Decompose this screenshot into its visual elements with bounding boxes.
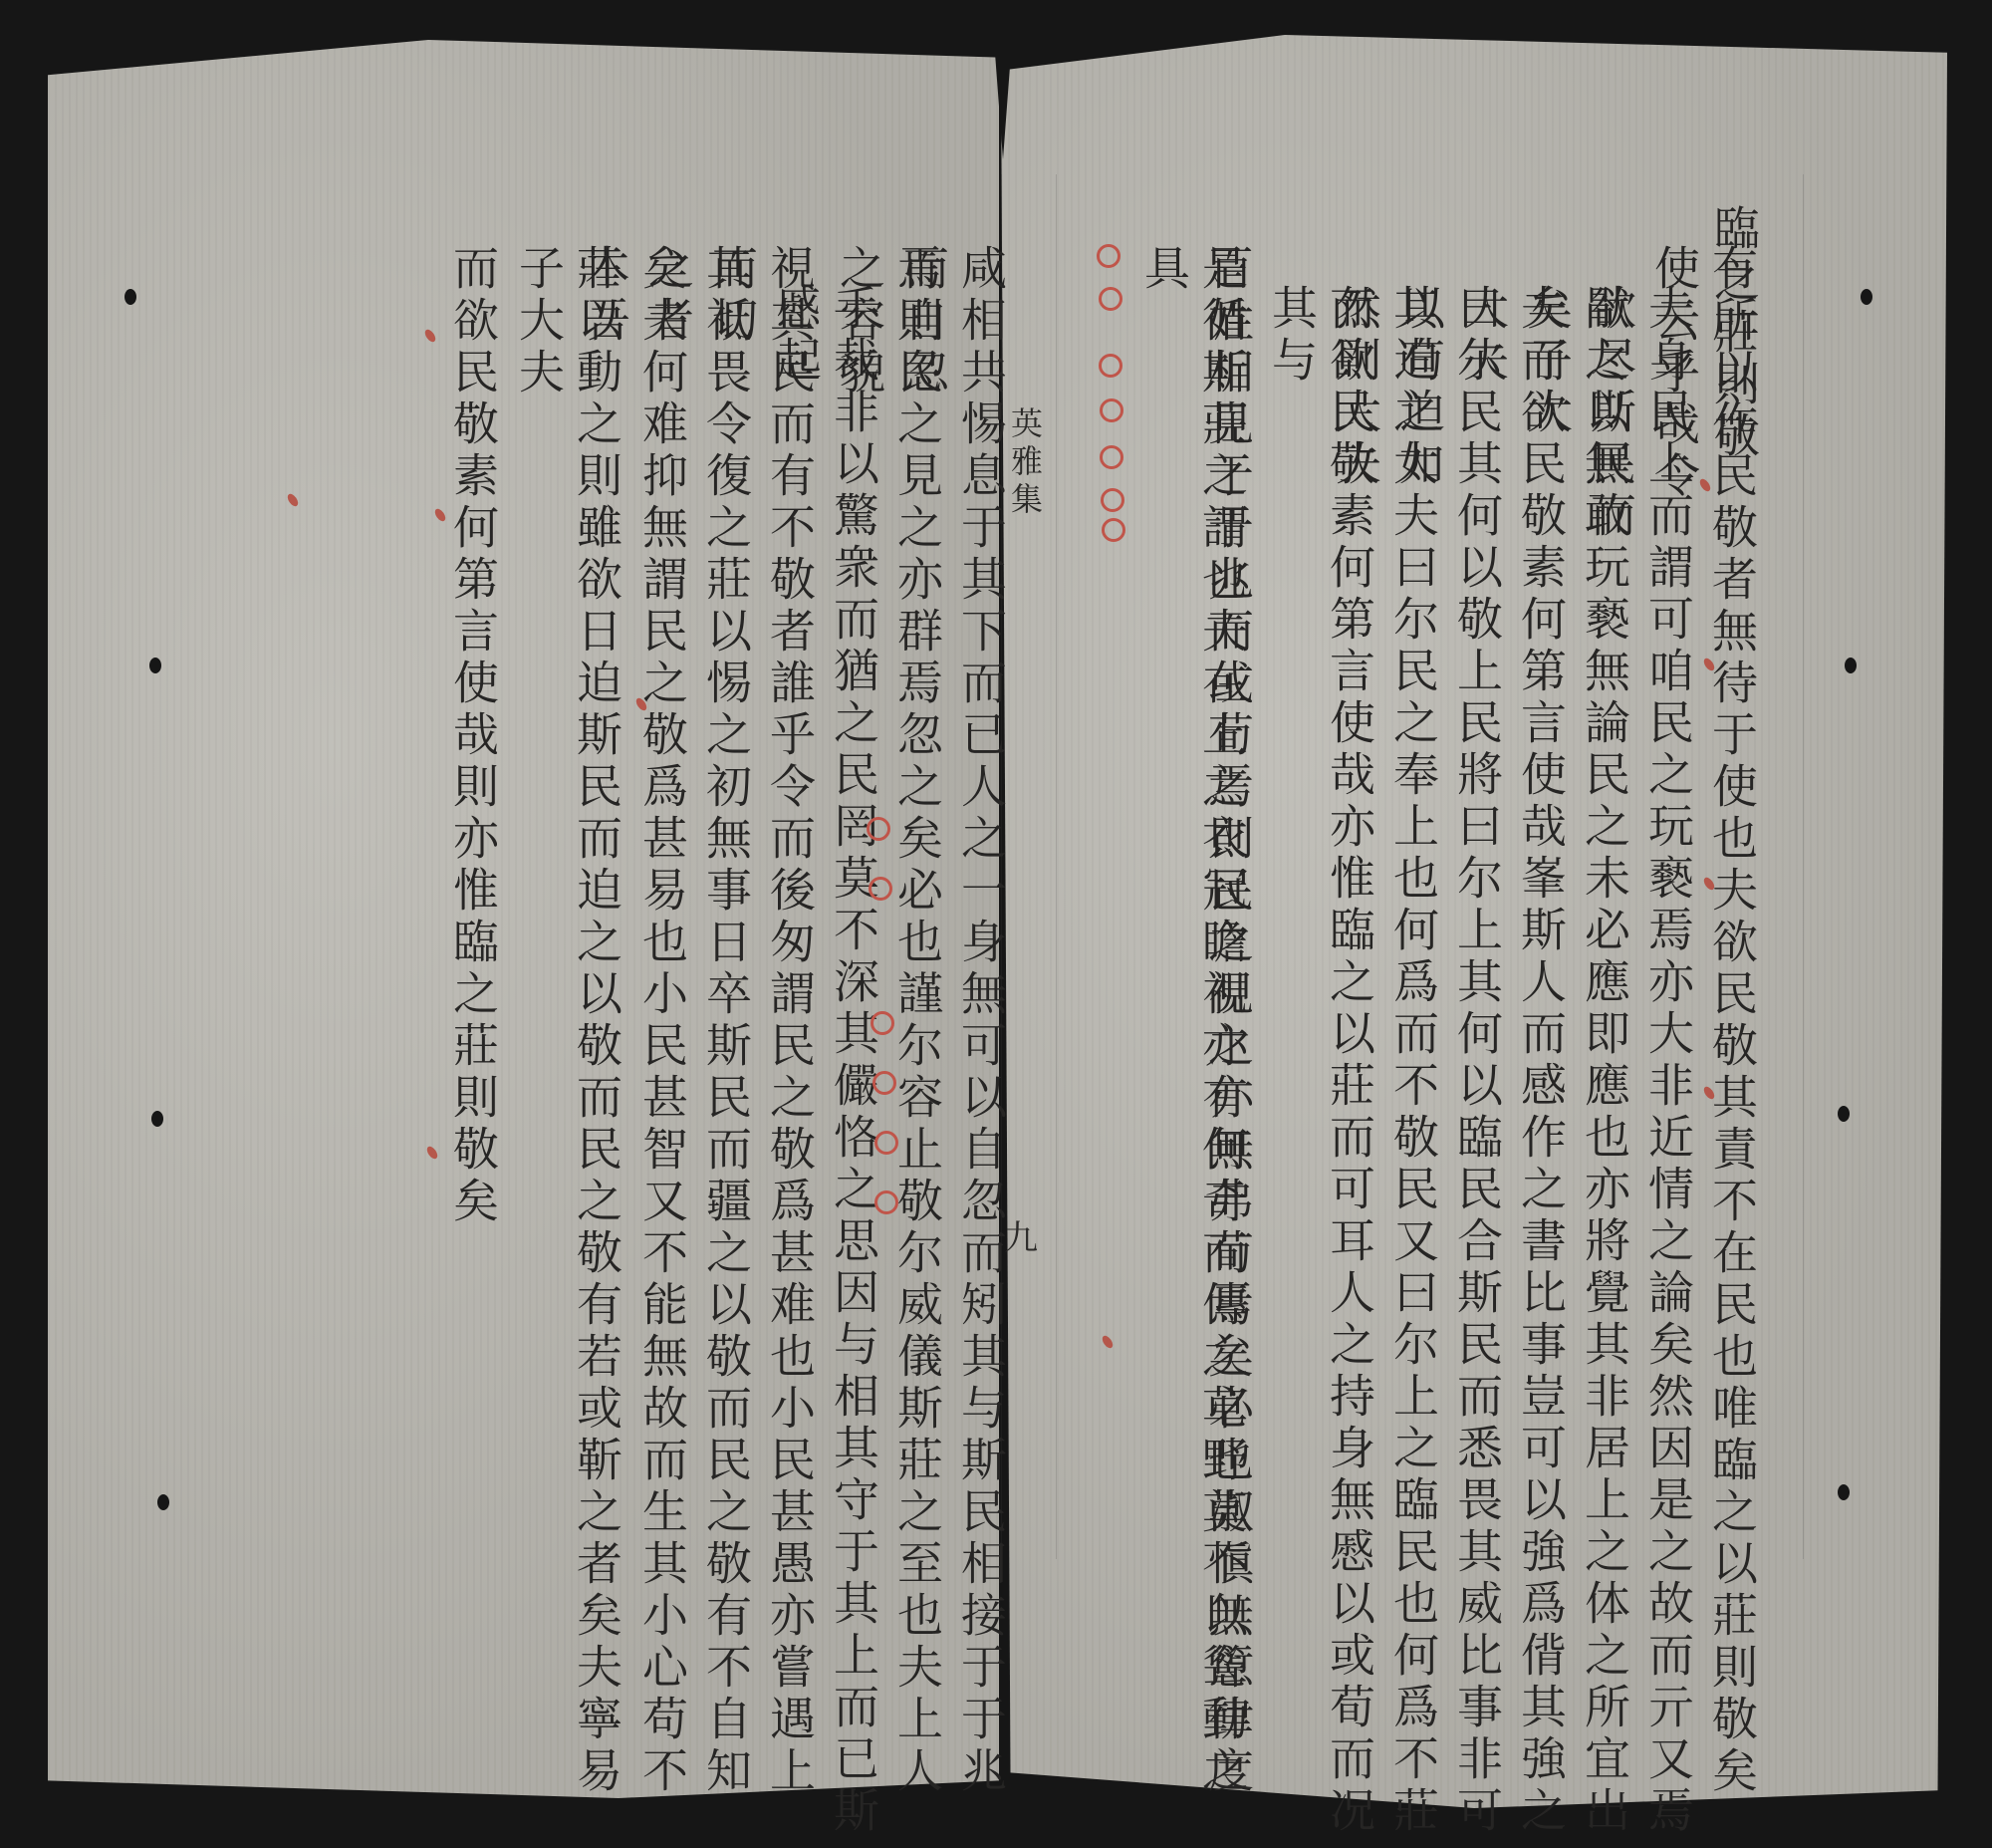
text-column: 而欲民敬素何第言使哉則亦惟臨之莊則敬矣 (444, 244, 502, 1228)
red-emphasis-circle (1100, 445, 1123, 469)
column-rule (1056, 174, 1057, 1559)
binding-hole (124, 289, 136, 305)
red-emphasis-circle (869, 877, 892, 901)
column-rule (1803, 174, 1804, 1559)
binding-hole (157, 1494, 169, 1510)
text-column: 而欲民敬素何第言使哉亦惟臨之以莊而可耳人之持身無慼以或荀而况其与 (1263, 284, 1378, 1848)
red-emphasis-circle (1101, 488, 1124, 512)
red-emphasis-circle (1099, 354, 1122, 378)
red-emphasis-circle (1102, 518, 1125, 542)
binding-hole (1861, 289, 1872, 305)
text-column: 莊以動之則雖欲日迫斯民而迫之以敬而民之敬有若或靳之者矣夫寧易子大夫 (510, 244, 625, 1848)
binding-hole (149, 658, 161, 673)
binding-hole (1838, 1484, 1850, 1500)
red-emphasis-circle (871, 1011, 894, 1035)
red-emphasis-circle (874, 1131, 898, 1155)
binding-hole (1845, 658, 1857, 673)
text-column: 是循斯莊之謂也夫在上之衣冠瞻視亦有何奇而傳之草野莫不以聳動之具 (1135, 244, 1251, 1848)
red-emphasis-circle (874, 1190, 898, 1214)
red-emphasis-circle (1100, 398, 1123, 422)
red-emphasis-circle (867, 817, 890, 841)
red-emphasis-circle (872, 1071, 896, 1095)
binding-hole (151, 1111, 163, 1127)
binding-hole (1838, 1106, 1850, 1122)
red-emphasis-circle (1097, 244, 1120, 268)
red-emphasis-circle (1099, 287, 1122, 311)
